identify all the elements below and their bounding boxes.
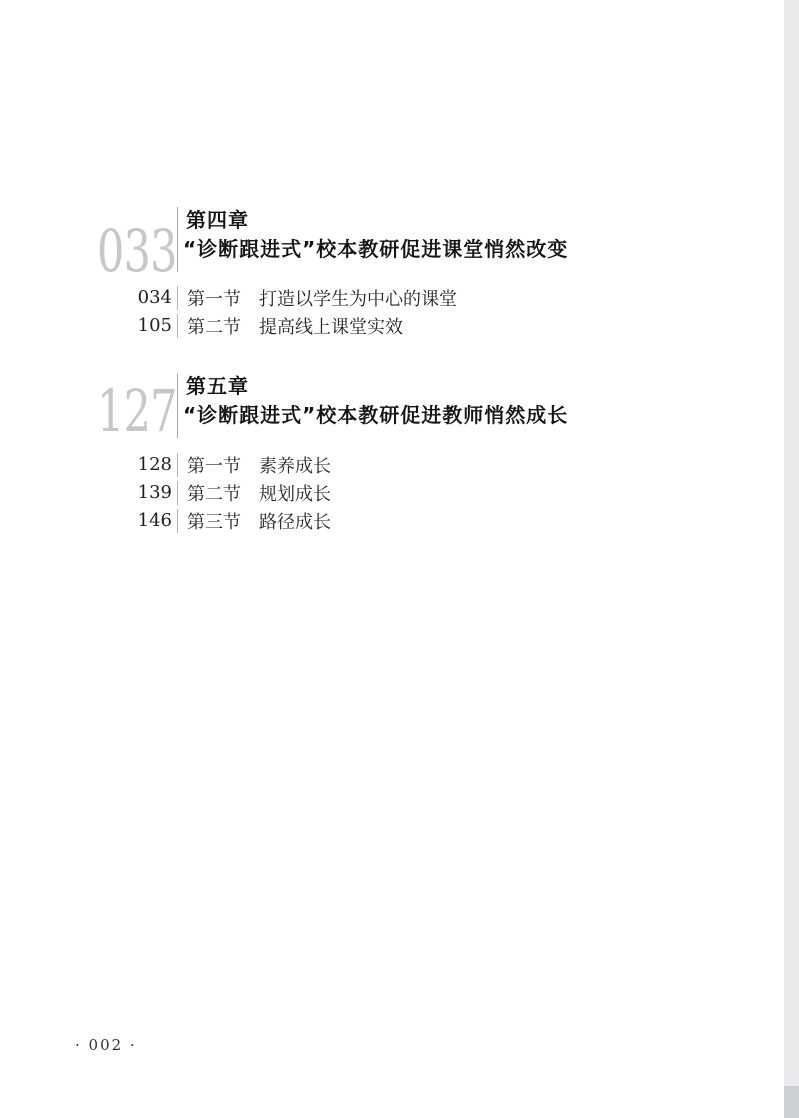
chapter-divider bbox=[177, 207, 178, 272]
section-row: 146 第三节 路径成长 bbox=[100, 508, 660, 534]
section-page-number: 128 bbox=[100, 452, 172, 478]
section-label: 第一节 bbox=[187, 285, 241, 311]
section-page-number: 105 bbox=[100, 313, 172, 339]
section-label: 第二节 bbox=[187, 480, 241, 506]
section-page-number: 146 bbox=[100, 508, 172, 534]
section-divider bbox=[177, 453, 178, 477]
section-divider bbox=[177, 481, 178, 505]
scrollbar-thumb[interactable] bbox=[784, 1086, 799, 1118]
toc-page: 033 第四章 “诊断跟进式”校本教研促进课堂悄然改变 034 第一节 打造以学… bbox=[0, 0, 799, 1118]
chapter-title: “诊断跟进式”校本教研促进教师悄然成长 bbox=[183, 404, 568, 426]
section-title: 规划成长 bbox=[259, 480, 331, 506]
section-title: 提高线上课堂实效 bbox=[259, 313, 403, 339]
section-divider bbox=[177, 286, 178, 310]
section-row: 139 第二节 规划成长 bbox=[100, 480, 660, 506]
section-label: 第三节 bbox=[187, 508, 241, 534]
scrollbar-track[interactable] bbox=[784, 0, 799, 1118]
section-title: 路径成长 bbox=[259, 508, 331, 534]
section-title: 打造以学生为中心的课堂 bbox=[259, 285, 457, 311]
section-title: 素养成长 bbox=[259, 452, 331, 478]
chapter-label: 第四章 bbox=[186, 209, 249, 231]
chapter-title: “诊断跟进式”校本教研促进课堂悄然改变 bbox=[183, 238, 568, 260]
section-page-number: 034 bbox=[100, 285, 172, 311]
section-divider bbox=[177, 509, 178, 533]
section-row: 034 第一节 打造以学生为中心的课堂 bbox=[100, 285, 660, 311]
section-row: 128 第一节 素养成长 bbox=[100, 452, 660, 478]
section-row: 105 第二节 提高线上课堂实效 bbox=[100, 313, 660, 339]
chapter-divider bbox=[177, 373, 178, 438]
section-label: 第一节 bbox=[187, 452, 241, 478]
chapter-label: 第五章 bbox=[186, 375, 249, 397]
section-divider bbox=[177, 314, 178, 338]
chapter-page-number: 127 bbox=[97, 382, 177, 440]
page-footer: · 002 · bbox=[75, 1036, 137, 1054]
chapter-page-number: 033 bbox=[97, 222, 177, 280]
section-page-number: 139 bbox=[100, 480, 172, 506]
section-label: 第二节 bbox=[187, 313, 241, 339]
